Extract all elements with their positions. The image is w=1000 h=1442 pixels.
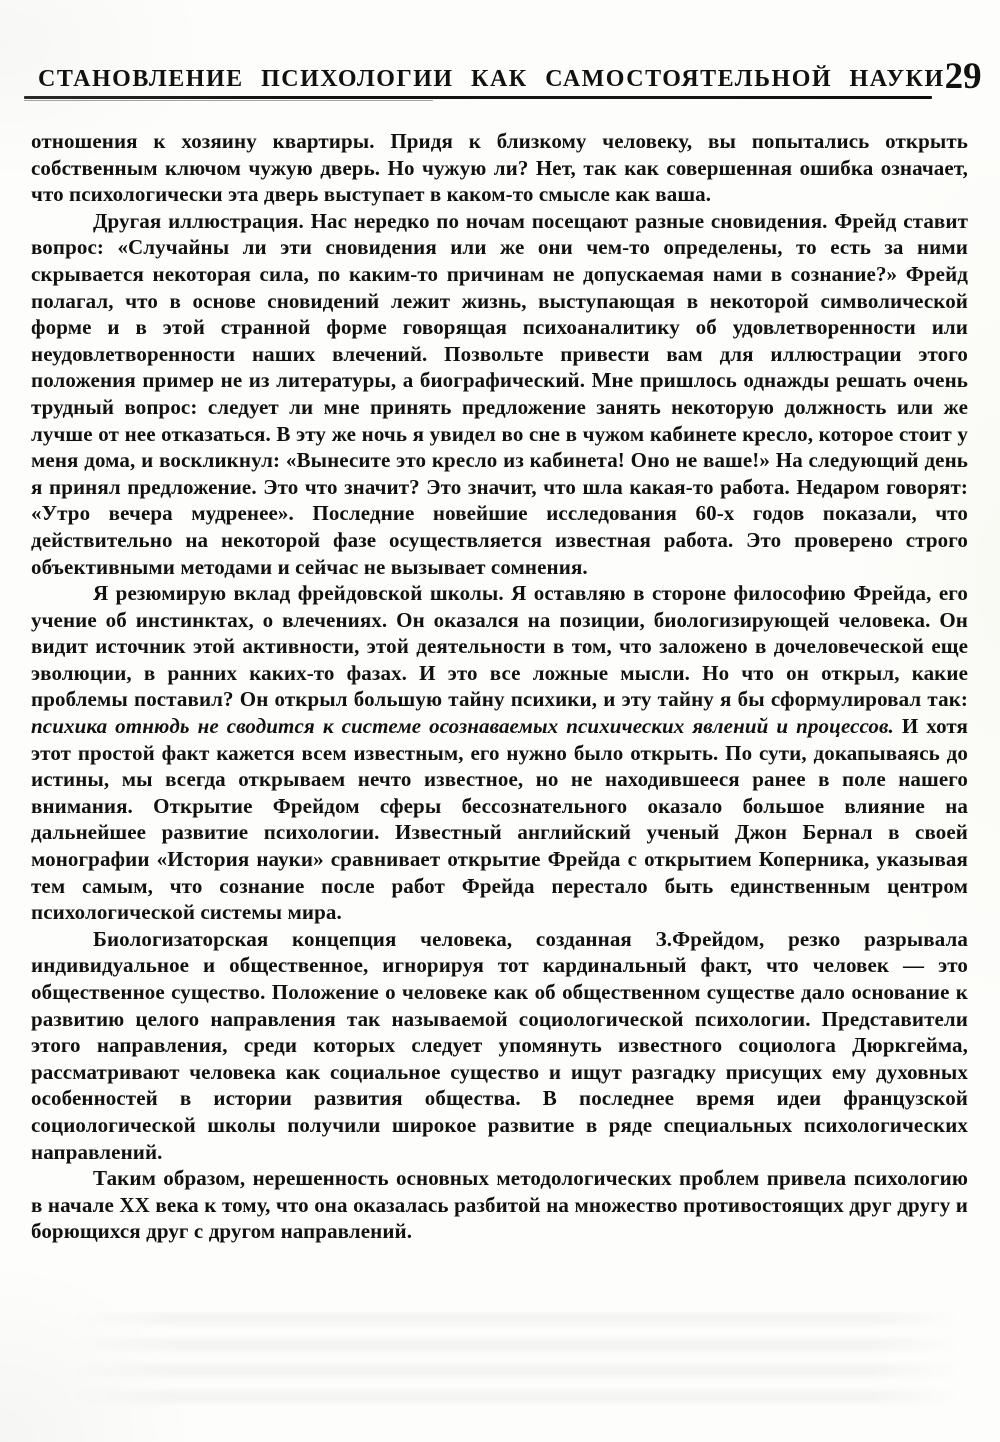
paragraph: Биологизаторская концепция человека, соз… [31, 926, 968, 1165]
book-page: СТАНОВЛЕНИЕ ПСИХОЛОГИИ КАК САМОСТОЯТЕЛЬН… [0, 0, 1000, 1442]
running-head-title: СТАНОВЛЕНИЕ ПСИХОЛОГИИ КАК САМОСТОЯТЕЛЬН… [38, 66, 945, 93]
text-run: Биологизаторская концепция человека, соз… [31, 927, 968, 1164]
text-run: отношения к хозяину квартиры. Придя к бл… [31, 129, 968, 206]
text-run: психика отнюдь не сводится к системе осо… [31, 714, 894, 738]
text-run: Другая иллюстрация. Нас нередко по ночам… [31, 209, 968, 579]
paragraph: Таким образом, нерешенность основных мет… [31, 1165, 968, 1245]
paragraph: отношения к хозяину квартиры. Придя к бл… [31, 128, 968, 208]
running-head: СТАНОВЛЕНИЕ ПСИХОЛОГИИ КАК САМОСТОЯТЕЛЬН… [38, 56, 944, 93]
paragraph: Я резюмирую вклад фрейдовской школы. Я о… [31, 580, 968, 926]
page-body: отношения к хозяину квартиры. Придя к бл… [31, 128, 968, 1245]
text-run: И хотя этот простой факт кажется всем из… [31, 714, 968, 924]
paragraph: Другая иллюстрация. Нас нередко по ночам… [31, 208, 968, 580]
bleed-through-artifact [70, 1312, 960, 1416]
page-number: 29 [945, 58, 982, 95]
header-rule [24, 96, 932, 99]
text-run: Таким образом, нерешенность основных мет… [31, 1166, 968, 1243]
text-run: Я резюмирую вклад фрейдовской школы. Я о… [31, 581, 968, 711]
